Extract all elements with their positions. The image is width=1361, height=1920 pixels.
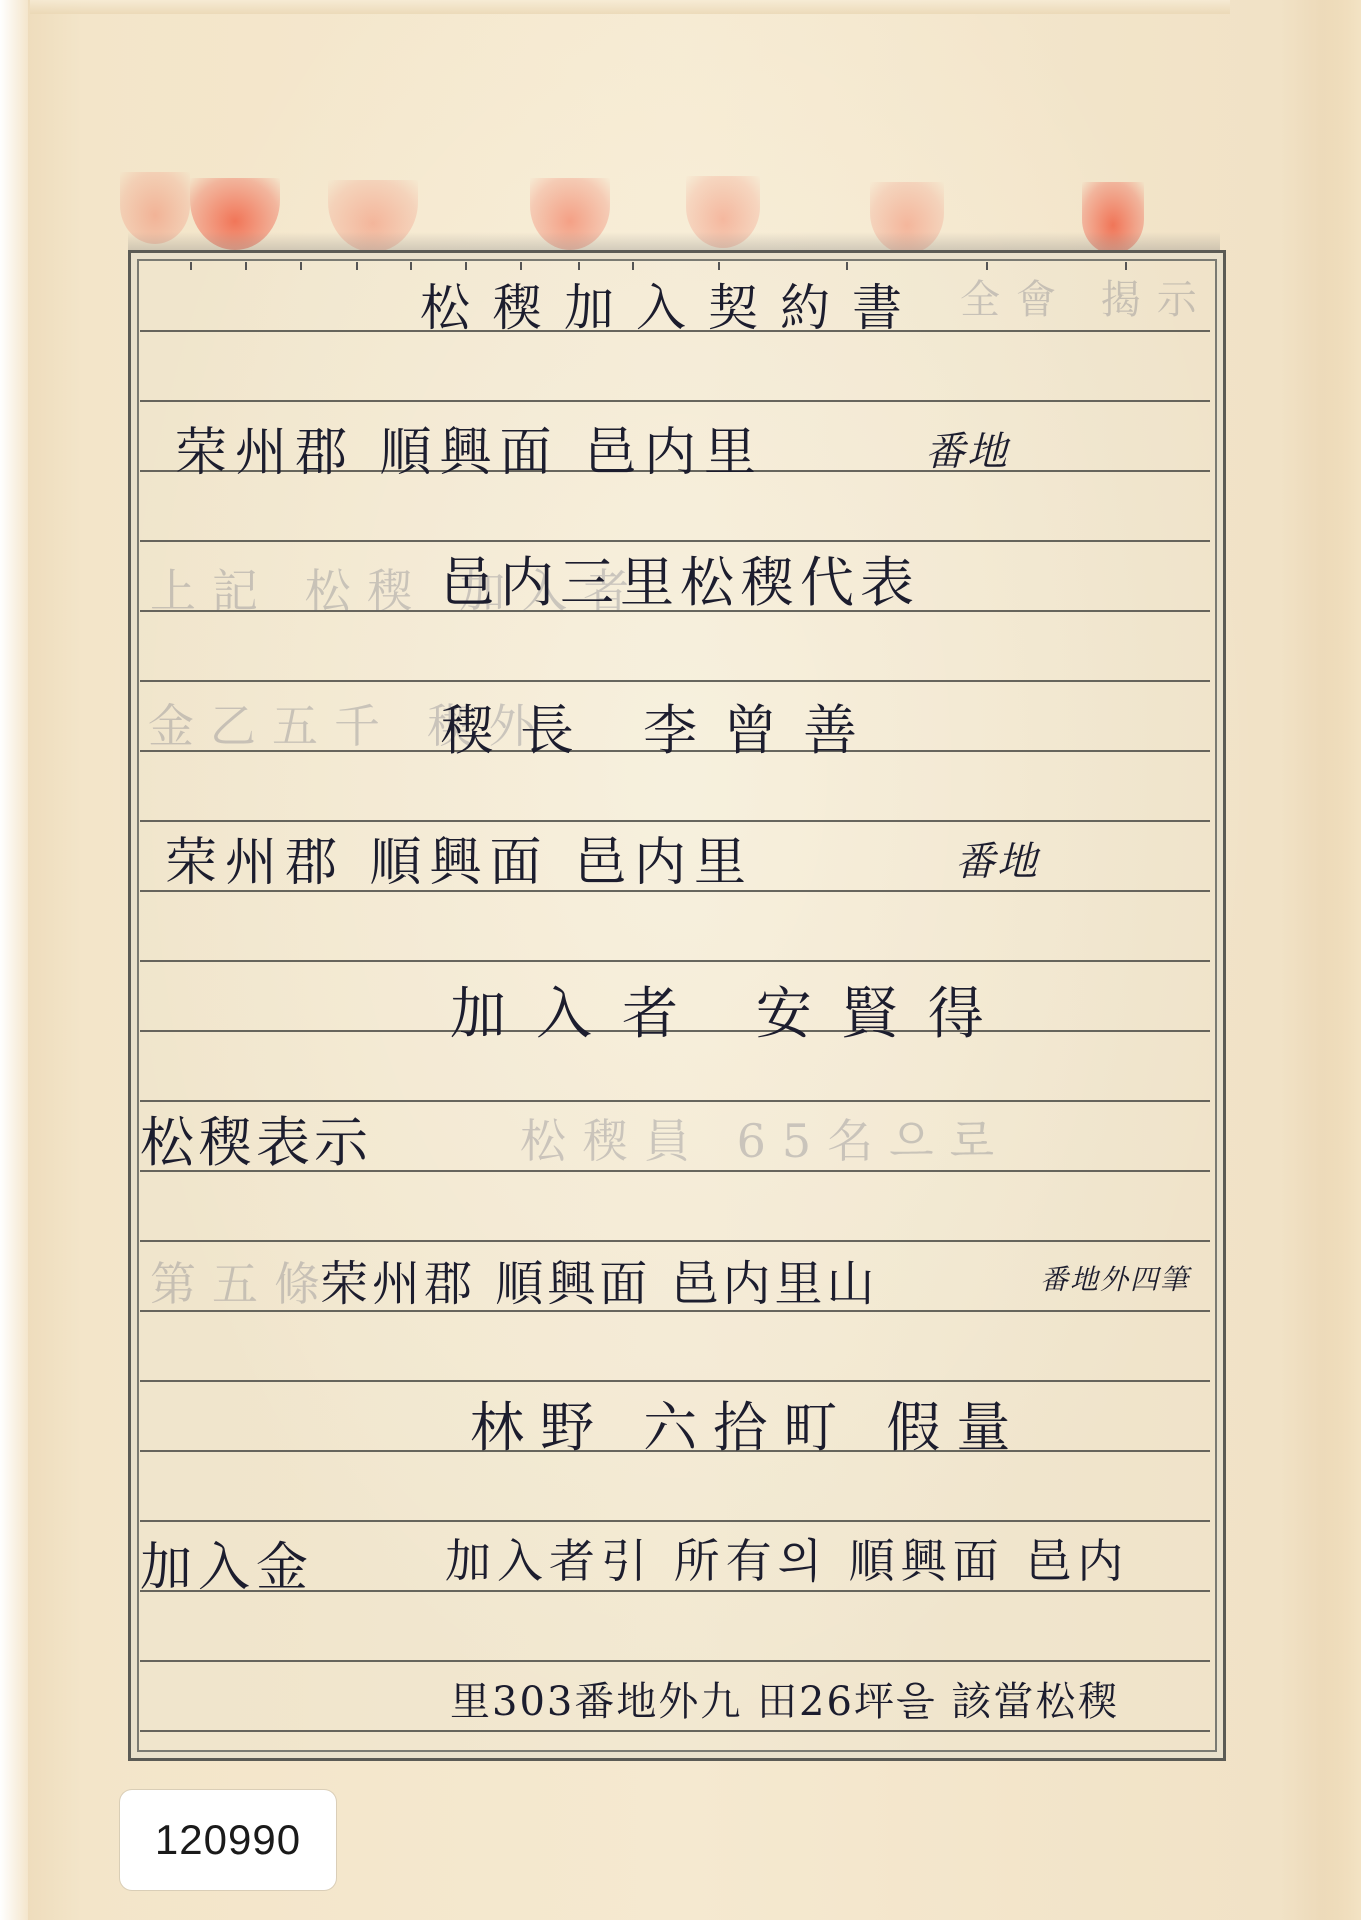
ruler-tick — [356, 262, 358, 270]
ruled-line — [140, 1660, 1210, 1662]
archive-id-number: 120990 — [155, 1816, 301, 1864]
ruler-tick — [190, 262, 192, 270]
address-line-2-suffix: 番地 — [955, 830, 1039, 887]
entry-fee-text: 加入者引 所有의 順興面 邑内 — [445, 1525, 1129, 1591]
representative-line: 邑内三里松稧代表 — [440, 540, 920, 617]
ruled-line — [140, 1520, 1210, 1522]
paper-top-edge — [30, 0, 1230, 14]
bleed-through-text: 松稧員 65名으로 — [520, 1105, 1010, 1171]
address-line-1-suffix: 番地 — [925, 420, 1009, 477]
ruler-tick — [245, 262, 247, 270]
land-area: 林野 六拾町 假量 — [470, 1385, 1026, 1462]
paper-right-edge — [1321, 0, 1361, 1920]
entry-fee-label: 加入金 — [140, 1525, 314, 1600]
ruled-line — [140, 1240, 1210, 1242]
ruled-line — [140, 400, 1210, 402]
address-line-3: 荣州郡 順興面 邑内里山 — [320, 1245, 879, 1314]
ruler-tick — [410, 262, 412, 270]
address-line-3-suffix: 番地外四筆 — [1040, 1258, 1190, 1298]
address-line-2: 荣州郡 順興面 邑内里 — [165, 820, 754, 895]
ruler-tick — [300, 262, 302, 270]
document-title: 松稧加入契約書 — [420, 268, 924, 340]
head-name: 稧長 李曾善 — [440, 688, 883, 765]
archive-id-label: 120990 — [120, 1790, 336, 1890]
paper-left-edge — [0, 0, 28, 1920]
bleed-through-text: 第五條 — [150, 1248, 336, 1314]
section-label: 松稧表示 — [140, 1100, 372, 1177]
bleed-through-text: 全會 揭示 — [960, 268, 1213, 325]
ruled-line — [140, 1380, 1210, 1382]
ruled-line — [140, 1730, 1210, 1732]
ruled-line — [140, 680, 1210, 682]
final-line: 里303番地外九 田26坪을 該當松稧 — [450, 1670, 1119, 1727]
ruled-line — [140, 960, 1210, 962]
member-name: 加入者 安賢得 — [450, 970, 1014, 1050]
address-line-1: 荣州郡 順興面 邑内里 — [175, 410, 764, 485]
